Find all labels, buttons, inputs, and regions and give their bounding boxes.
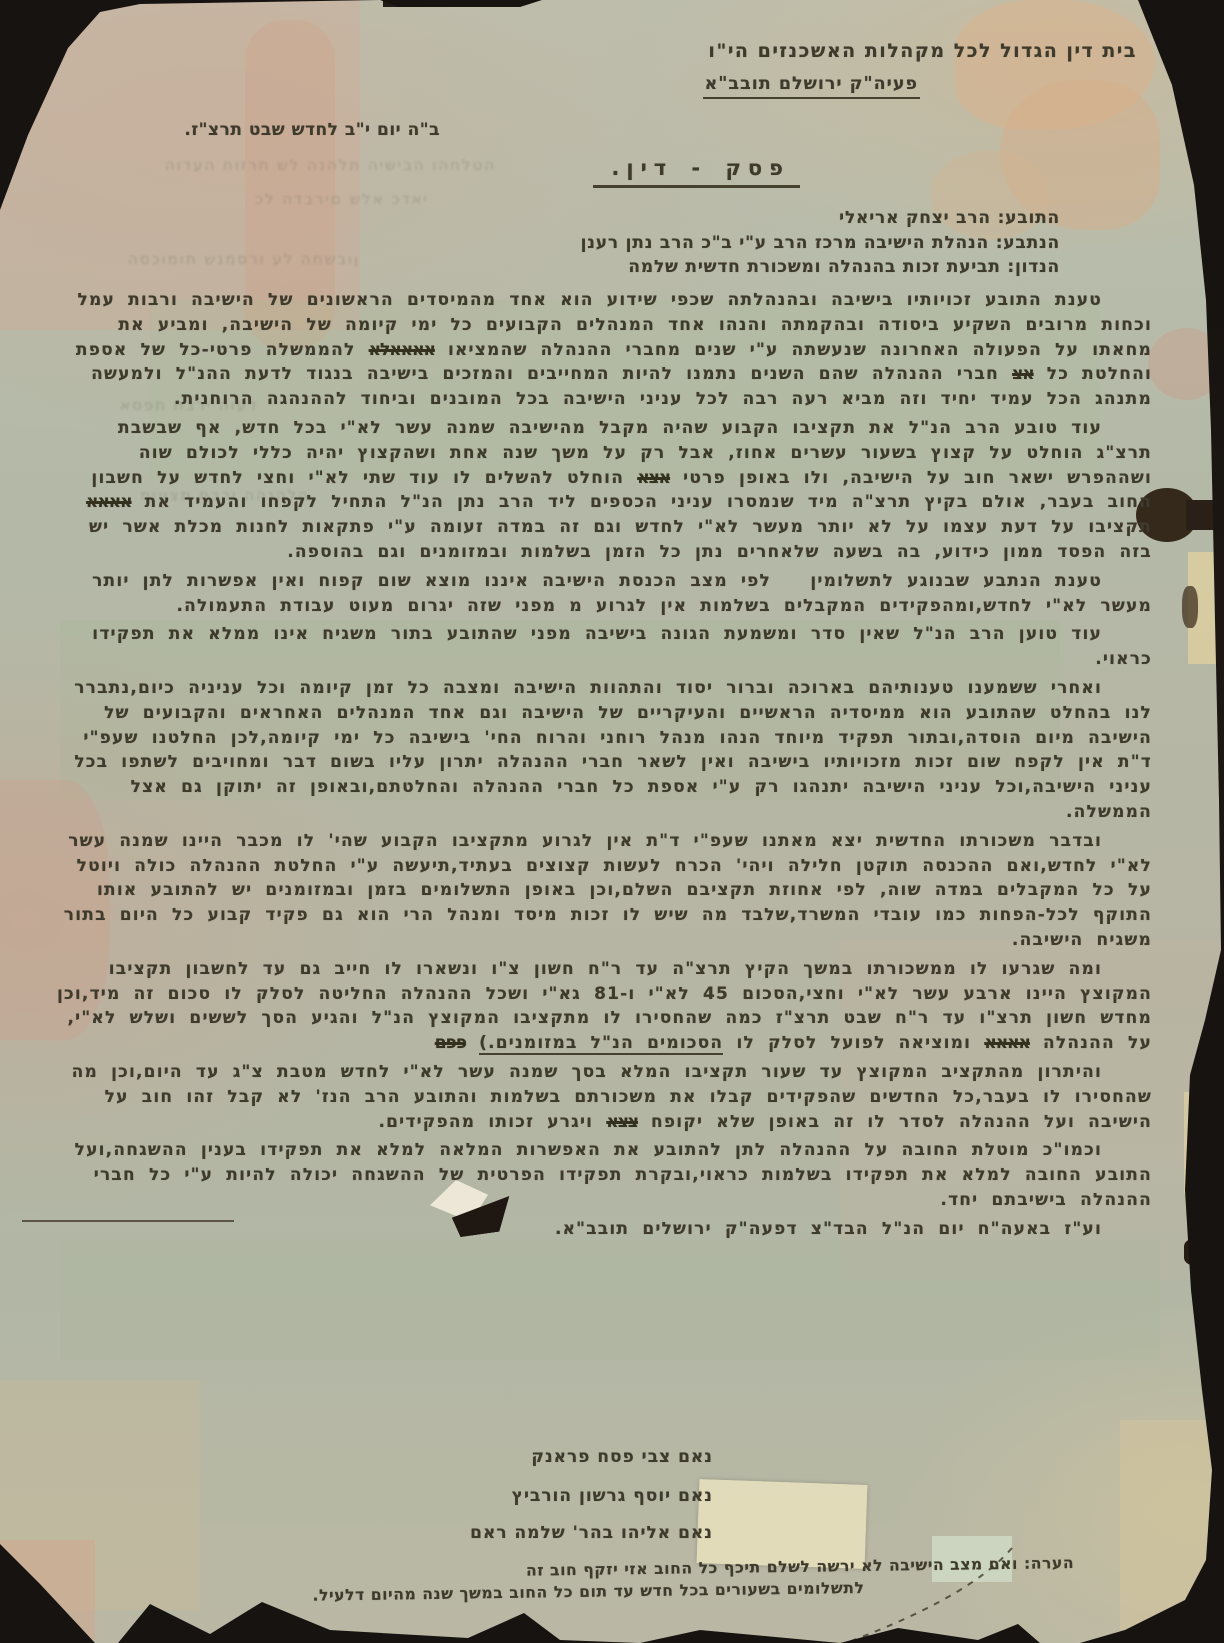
scan-background: הטלחהו הבישיה תלהנה לש תרזוח העדוהיאדכ א…: [0, 0, 1224, 1643]
dark-strip-top: [383, 0, 518, 7]
footnote-label: הערה:: [1024, 1554, 1074, 1573]
dark-notch-right: [1184, 1238, 1224, 1266]
footnote-text1: ואם מצב הישיבה לא ירשה לשלם תיכף כל החוב…: [526, 1555, 1018, 1580]
typed-content: בית דין הגדול לכל מקהלות האשכנזים הי"ו פ…: [0, 0, 1224, 1643]
signatures-block: נאם צבי פסח פראנקנאם יוסף גרשון הורביץנא…: [0, 0, 1224, 1643]
signature-line: נאם אליהו בהר' שלמה ראם: [470, 1523, 713, 1543]
document-page: הטלחהו הבישיה תלהנה לש תרזוח העדוהיאדכ א…: [0, 0, 1224, 1643]
signature-line: נאם יוסף גרשון הורביץ: [512, 1486, 713, 1506]
signature-line: נאם צבי פסח פראנק: [531, 1447, 713, 1467]
